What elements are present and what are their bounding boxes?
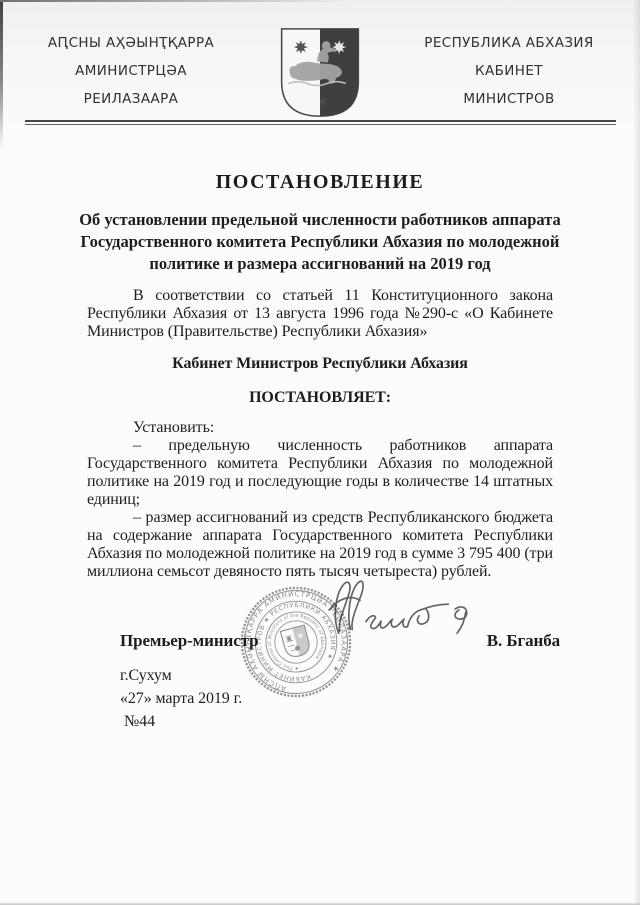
operative-item: – размер ассигнований из средств Республ… xyxy=(87,509,553,581)
scan-edge-left xyxy=(0,0,3,150)
document-page: АԤСНЫ АҲӘЫНҬҚАРРА АМИНИСТРЦӘА РЕИЛАЗААРА xyxy=(0,0,640,905)
operative-part: Установить: – предельную численность раб… xyxy=(87,419,553,581)
preamble-paragraph: В соответствии со статьей 11 Конституцио… xyxy=(87,287,553,341)
signer-name: В. Бганба xyxy=(487,631,560,651)
document-footer: г.Сухум «27» марта 2019 г. №44 xyxy=(120,668,640,730)
ustanovit-line: Установить: xyxy=(87,419,553,437)
stamp-center-shield xyxy=(280,625,311,659)
letterhead: АԤСНЫ АҲӘЫНҬҚАРРА АМИНИСТРЦӘА РЕИЛАЗААРА xyxy=(0,0,640,120)
emblem-container xyxy=(238,26,402,120)
double-rule xyxy=(25,120,616,125)
footer-number: №44 xyxy=(120,714,640,730)
letterhead-right-line2: КАБИНЕТ xyxy=(402,57,616,85)
scan-edge-top xyxy=(0,0,352,2)
letterhead-left-line3: РЕИЛАЗААРА xyxy=(24,85,238,113)
footer-date: «27» марта 2019 г. xyxy=(120,691,640,707)
document-title: ПОСТАНОВЛЕНИЕ xyxy=(0,169,640,195)
document-subject: Об установлении предельной численности р… xyxy=(79,209,561,275)
signature-icon xyxy=(310,577,478,641)
scan-edge-right xyxy=(633,0,640,905)
resolves-heading: ПОСТАНОВЛЯЕТ: xyxy=(0,389,640,407)
letterhead-right-line1: РЕСПУБЛИКА АБХАЗИЯ xyxy=(402,29,616,57)
issuing-body: Кабинет Министров Республики Абхазия xyxy=(0,355,640,373)
letterhead-left-line1: АԤСНЫ АҲӘЫНҬҚАРРА xyxy=(24,29,238,57)
letterhead-left-abkhaz: АԤСНЫ АҲӘЫНҬҚАРРА АМИНИСТРЦӘА РЕИЛАЗААРА xyxy=(24,26,238,113)
footer-city: г.Сухум xyxy=(120,668,640,684)
letterhead-right-line3: МИНИСТРОВ xyxy=(402,85,616,113)
letterhead-right-russian: РЕСПУБЛИКА АБХАЗИЯ КАБИНЕТ МИНИСТРОВ xyxy=(402,26,616,113)
letterhead-left-line2: АМИНИСТРЦӘА xyxy=(24,57,238,85)
operative-item: – предельную численность работников аппа… xyxy=(87,437,553,509)
coat-of-arms-icon xyxy=(278,26,362,120)
